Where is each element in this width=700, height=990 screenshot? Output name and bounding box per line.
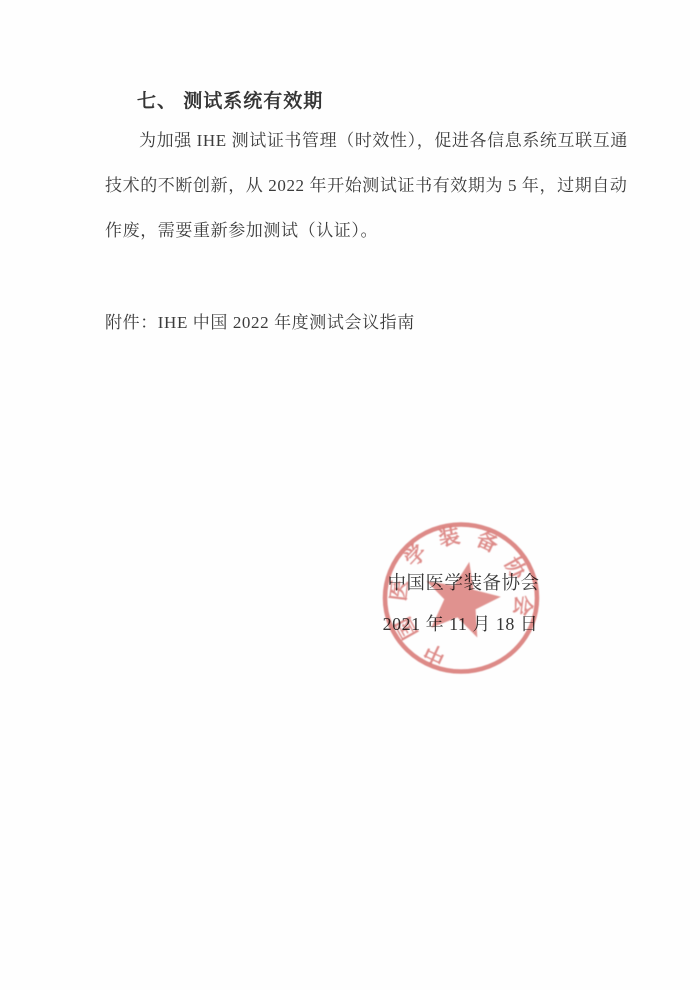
paragraph-line: 作废，需要重新参加测试（认证）。 — [105, 208, 645, 253]
seal-star-icon — [426, 562, 500, 638]
document-page: 七、 测试系统有效期 为加强 IHE 测试证书管理（时效性），促进各信息系统互联… — [0, 0, 700, 990]
seal-arc-char: 医 — [386, 579, 412, 603]
seal-arc-char: 会 — [509, 594, 535, 618]
attachment-line: 附件：IHE 中国 2022 年度测试会议指南 — [105, 308, 415, 333]
official-seal-stamp: 中国医学装备协会 — [381, 518, 541, 678]
seal-arc-char: 装 — [437, 523, 462, 551]
seal-arc-char: 学 — [400, 540, 432, 572]
paragraph-line: 技术的不断创新，从 2022 年开始测试证书有效期为 5 年，过期自动 — [105, 163, 645, 208]
paragraph-line: 为加强 IHE 测试证书管理（时效性），促进各信息系统互联互通 — [105, 118, 645, 163]
section-heading: 七、 测试系统有效期 — [137, 86, 323, 113]
body-paragraph: 为加强 IHE 测试证书管理（时效性），促进各信息系统互联互通 技术的不断创新，… — [105, 118, 645, 253]
